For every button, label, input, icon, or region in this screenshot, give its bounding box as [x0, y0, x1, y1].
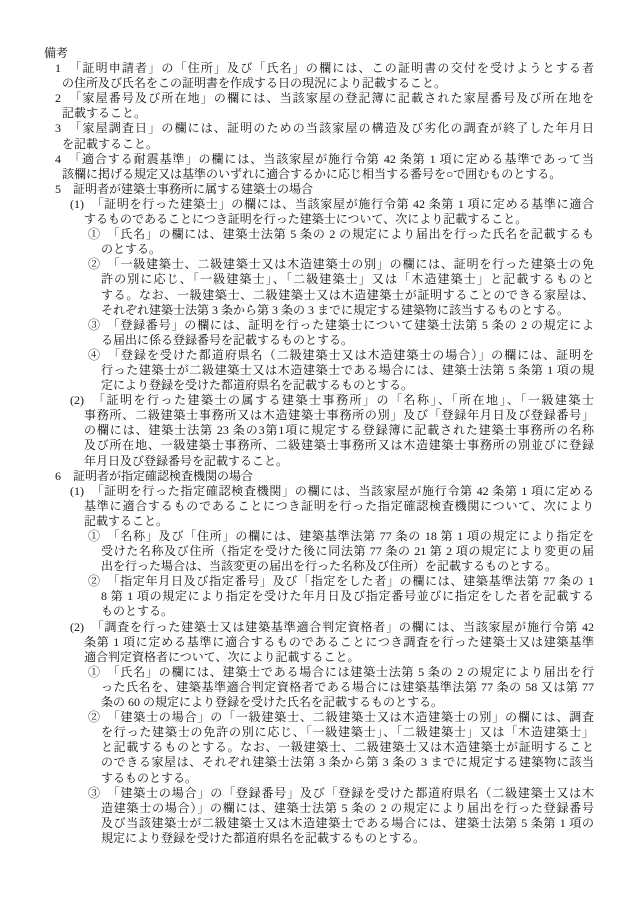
document-line: 条の 60 の規定により登録を受けた氏名を記載するものとする。 — [101, 695, 594, 710]
document-line: ② 「指定年月日及び指定番号」及び「指定をした者」の欄には、建築基準法第 77 … — [88, 574, 594, 589]
document-line: の欄には、建築士法第 23 条の3第1項に規定する登録簿に記載された建築士事務所… — [84, 423, 594, 438]
document-line: ② 「建築士の場合」の「一級建築士、二級建築士又は木造建築士の別」の欄には、調査 — [88, 710, 594, 725]
document-line: ③ 「登録番号」の欄には、証明を行った建築士について建築士法第 5 条の 2 の… — [88, 318, 594, 333]
document-line: ② 「一級建築士、二級建築士又は木造建築士の別」の欄には、証明を行った建築士の免 — [88, 257, 594, 272]
remarks-section: 備考1 「証明申請者」の「住所」及び「氏名」の欄には、この証明書の交付を受けよう… — [0, 0, 630, 846]
document-line: 6 証明者が指定確認検査機関の場合 — [55, 469, 594, 484]
document-line: ものとする。 — [101, 604, 594, 619]
document-line: 該欄に掲げる規定又は基準のいずれに適合するかに応じ相当する番号を○で囲むものとす… — [62, 167, 594, 182]
document-line: ① 「名称」及び「住所」の欄には、建築基準法第 77 条の 18 第 1 項の規… — [88, 529, 594, 544]
document-line: 規定により登録を受けた都道府県名を記載するものとする。 — [101, 831, 594, 846]
document-line: を記載すること。 — [62, 137, 594, 152]
document-line: するものとする。 — [101, 771, 594, 786]
document-line: のとする。 — [101, 242, 594, 257]
document-line: 造建築士の場合）」の欄には、建築士法第 5 条の 2 の規定により届出を行った登… — [101, 801, 594, 816]
document-line: する。なお、一級建築士、二級建築士又は木造建築士が証明することのできる家屋は、 — [101, 288, 594, 303]
document-line: 適合判定資格者について、次により記載すること。 — [84, 650, 594, 665]
document-line: の住所及び氏名をこの証明書を作成する日の現況により記載すること。 — [62, 76, 594, 91]
document-line: (1) 「証明を行った建築士」の欄には、当該家屋が施行令第 42 条第 1 項に… — [70, 197, 594, 212]
document-line: 5 証明者が建築士事務所に属する建築士の場合 — [55, 182, 594, 197]
document-line: を行った建築士の免許の別に応じ、「一級建築士」、「二級建築士」又は「木造建築士」 — [101, 725, 594, 740]
document-line: る届出に係る登録番号を記載するものとする。 — [101, 333, 594, 348]
document-line: (2) 「調査を行った建築士又は建築基準適合判定資格者」の欄には、当該家屋が施行… — [70, 620, 594, 635]
document-line: 条第 1 項に定める基準に適合するものであることにつき調査を行った建築士又は建築… — [84, 635, 594, 650]
document-line: 年月日及び登録番号を記載すること。 — [84, 454, 594, 469]
document-line: 1 「証明申請者」の「住所」及び「氏名」の欄には、この証明書の交付を受けようとす… — [55, 61, 594, 76]
document-line: 及び所在地、一級建築士事務所、二級建築士事務所又は木造建築士事務所の別並びに登録 — [84, 438, 594, 453]
document-line: (1) 「証明を行った指定確認検査機関」の欄には、当該家屋が施行令第 42 条第… — [70, 484, 594, 499]
document-line: 3 「家屋調査日」の欄には、証明のための当該家屋の構造及び劣化の調査が終了した年… — [55, 121, 594, 136]
document-line: するものであることにつき証明を行った建築士について、次により記載すること。 — [84, 212, 594, 227]
document-line: った氏名を、建築基準適合判定資格者である場合には建築基準法第 77 条の 58 … — [101, 680, 594, 695]
document-line: 基準に適合するものであることにつき証明を行った指定確認検査機関について、次により — [84, 499, 594, 514]
document-line: 記載すること。 — [84, 514, 594, 529]
document-page: 備考1 「証明申請者」の「住所」及び「氏名」の欄には、この証明書の交付を受けよう… — [0, 0, 630, 903]
document-line: ④ 「登録を受けた都道府県名（二級建築士又は木造建築士の場合）」の欄には、証明を — [88, 348, 594, 363]
document-line: ③ 「建築士の場合」の「登録番号」及び「登録を受けた都道府県名（二級建築士又は木 — [88, 786, 594, 801]
document-line: と記載するものとする。なお、一級建築士、二級建築士又は木造建築士が証明すること — [101, 740, 594, 755]
document-line: (2) 「証明を行った建築士の属する建築士事務所」の「名称」、「所在地」、「一級… — [70, 393, 594, 408]
document-line: 出を行った場合は、当該変更の届出を行った名称及び住所）を記載するものとする。 — [101, 559, 594, 574]
document-line: のできる家屋は、それぞれ建築士法第 3 条から第 3 条の 3 までに規定する建… — [101, 755, 594, 770]
document-line: 2 「家屋番号及び所在地」の欄には、当該家屋の登記簿に記載された家屋番号及び所在… — [55, 91, 594, 106]
document-line: 記載すること。 — [62, 106, 594, 121]
document-line: 定により登録を受けた都道府県名を記載するものとする。 — [101, 378, 594, 393]
document-line: 許の別に応じ、「一級建築士」、「二級建築士」又は「木造建築士」と記載するものと — [101, 272, 594, 287]
document-line: 受けた名称及び住所（指定を受けた後に同法第 77 条の 21 第 2 項の規定に… — [101, 544, 594, 559]
document-line: 行った建築士が二級建築士又は木造建築士である場合には、建築士法第 5 条第 1 … — [101, 363, 594, 378]
document-line: 及び当該建築士が二級建築士又は木造建築士である場合には、建築士法第 5 条第 1… — [101, 816, 594, 831]
document-line: 8 第 1 項の規定により指定を受けた年月日及び指定番号並びに指定をした者を記載… — [101, 589, 594, 604]
document-line: 4 「適合する耐震基準」の欄には、当該家屋が施行令第 42 条第 1 項に定める… — [55, 152, 594, 167]
document-line: ① 「氏名」の欄には、建築士法第 5 条の 2 の規定により届出を行った氏名を記… — [88, 227, 594, 242]
remarks-heading: 備考 — [44, 46, 594, 61]
document-line: それぞれ建築士法第 3 条から第 3 条の 3 までに規定する建築物に該当するも… — [101, 303, 594, 318]
document-line: ① 「氏名」の欄には、建築士である場合には建築士法第 5 条の 2 の規定により… — [88, 665, 594, 680]
document-line: 事務所、二級建築士事務所又は木造建築士事務所の別」及び「登録年月日及び登録番号」 — [84, 408, 594, 423]
